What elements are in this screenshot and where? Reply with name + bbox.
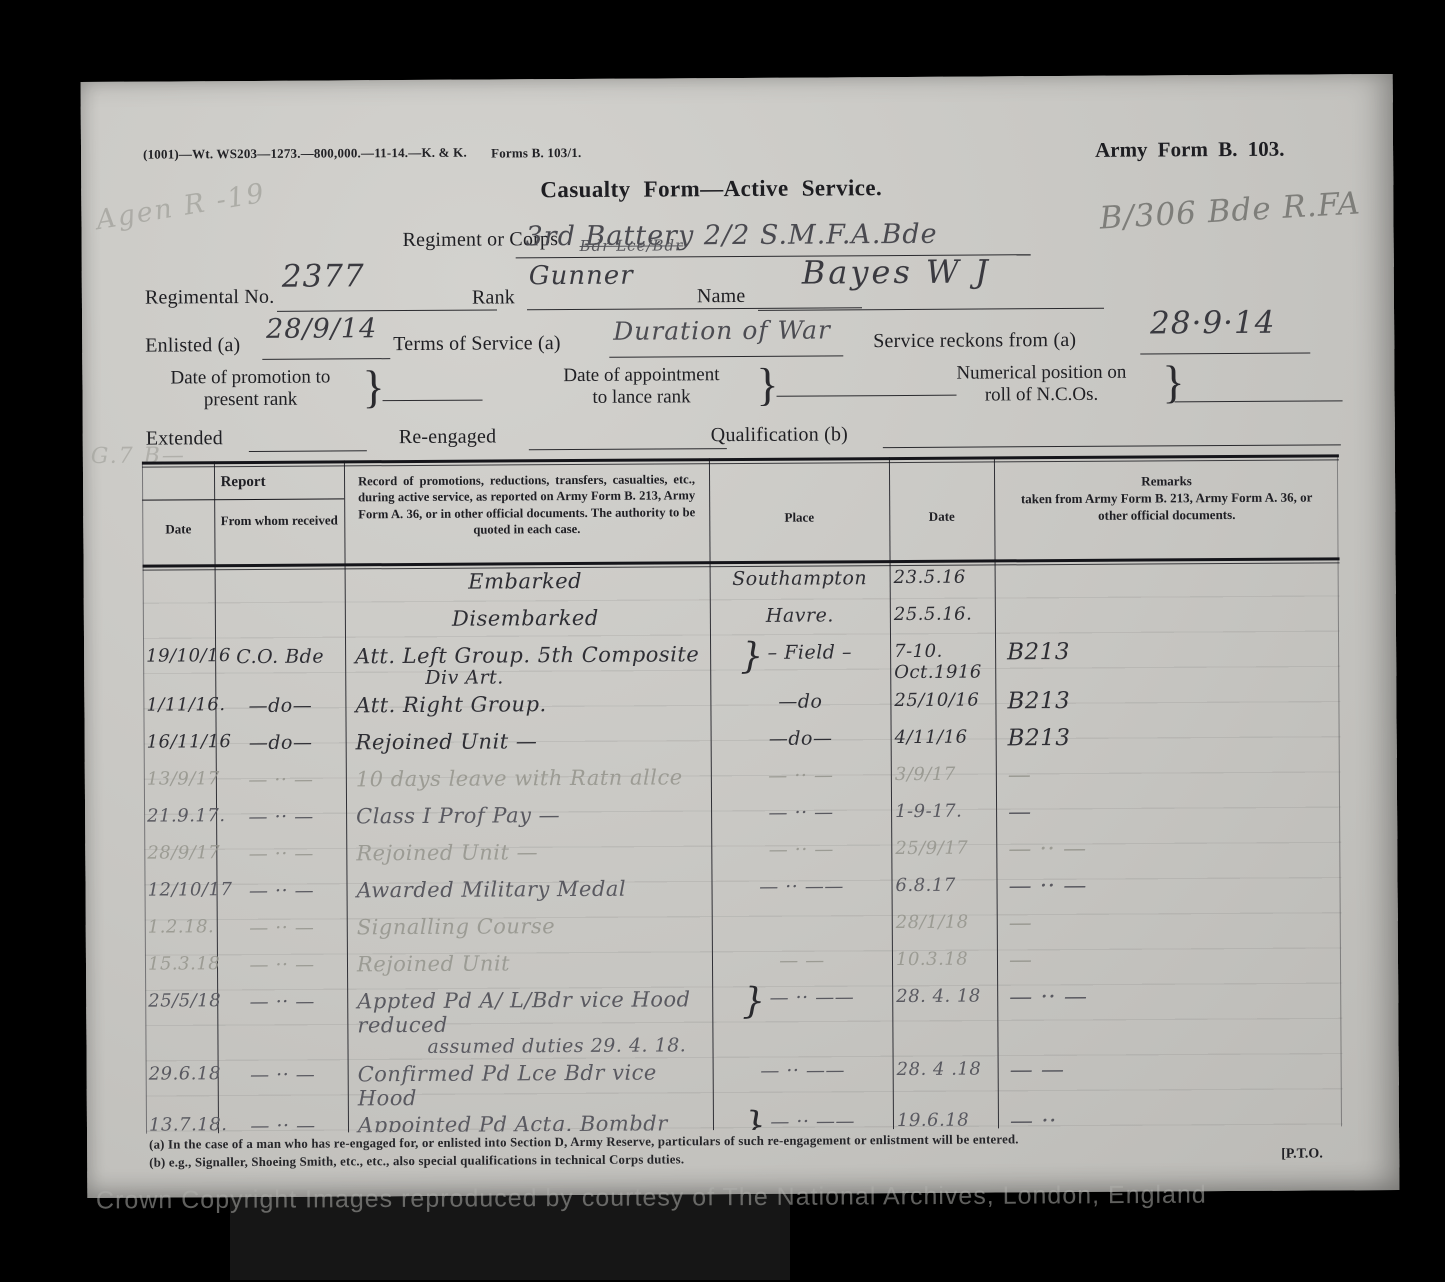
cell-place: — ·· —: [711, 763, 891, 788]
numerical-position-label: Numerical position on roll of N.C.Os.: [922, 361, 1160, 407]
reckons-value: 28·9·14: [1150, 305, 1276, 342]
cell-date: 25.5.16.: [890, 602, 995, 625]
cell-report-date: [143, 607, 215, 609]
cell-record: Rejoined Unit: [347, 949, 712, 976]
table-body: EmbarkedSouthampton23.5.16DisembarkedHav…: [143, 561, 1343, 1133]
cell-remarks: — ··: [998, 1107, 1343, 1134]
cell-record: Rejoined Unit —: [346, 838, 711, 865]
cell-place-text: — ·· ——: [770, 987, 855, 1009]
cell-place-text: — ·· ——: [760, 1060, 845, 1082]
cell-place: — —: [712, 948, 892, 973]
archive-watermark: Crown Copyright Images reproduced by cou…: [96, 1180, 1416, 1216]
appointment-label: Date of appointment to lance rank: [528, 364, 754, 410]
table-header: Report Date From whom received Record of…: [142, 458, 1340, 568]
table-row: 29.6.18— ·· —Confirmed Pd Lce Bdr vice H…: [146, 1053, 1343, 1112]
cell-place: — ·· —: [711, 837, 891, 862]
cell-date: 10.3.18: [892, 947, 997, 970]
enlisted-label: Enlisted (a): [145, 334, 240, 358]
cell-record-line2: assumed duties 29. 4. 18.: [427, 1035, 708, 1059]
cell-place: }– Field –: [710, 640, 890, 675]
table-row: 28/9/17— ·· —Rejoined Unit —— ·· —25/9/1…: [144, 832, 1341, 876]
cell-date: 28. 4 .18: [893, 1058, 998, 1081]
table-row: 19/10/16C.O. BdeAtt. Left Group. 5th Com…: [143, 635, 1340, 691]
cell-date: 28/1/18: [892, 910, 997, 933]
form-paper: (1001)—Wt. WS203—1273.—800,000.—11-14.—K…: [81, 74, 1400, 1198]
header-date: Date: [889, 508, 994, 526]
cell-place-text: Southampton: [732, 568, 867, 591]
reg-no-value: 2377: [282, 258, 365, 295]
table-row: 25/5/18— ·· —Appted Pd A/ L/Bdr vice Hoo…: [145, 980, 1342, 1060]
header-from-whom: From whom received: [214, 512, 344, 530]
cell-place: }— ·· ——: [713, 1109, 893, 1133]
cell-record: Confirmed Pd Lce Bdr vice Hood: [348, 1059, 713, 1111]
cell-remarks: —: [997, 908, 1342, 937]
cell-report-date: 25/5/18: [145, 989, 217, 1012]
handwritten-unit-top-right: B/306 Bde R.FA: [1099, 185, 1362, 236]
cell-from-whom: —do—: [215, 692, 345, 718]
cell-date: 7-10. Oct.1916: [890, 639, 995, 683]
cell-remarks: [995, 563, 1340, 565]
cell-report-date: [143, 570, 215, 572]
header-remarks: Remarks taken from Army Form B. 213, Arm…: [994, 472, 1339, 525]
cell-date: 3/9/17: [891, 762, 996, 785]
rank-amendment: Bdr Lce/Bdr: [580, 236, 684, 255]
cell-report-date: 29.6.18: [146, 1062, 218, 1085]
brace-mark: }: [1162, 359, 1184, 405]
cell-remarks: —: [996, 797, 1341, 826]
cell-date: 6.8.17: [891, 873, 996, 896]
cell-place-text: — ·· —: [768, 802, 833, 824]
scanned-page: { "form": { "print_ref": "(1001)\u2014Wt…: [0, 0, 1445, 1282]
brace-mark: }: [756, 362, 778, 408]
terms-label: Terms of Service (a): [393, 332, 561, 356]
cell-from-whom: C.O. Bde: [215, 643, 345, 669]
cell-record: Signalling Course: [347, 912, 712, 939]
cell-record: Appointed Pd Actg. Bombdr viceFaulkener …: [348, 1111, 713, 1134]
cell-remarks: B213: [995, 686, 1340, 715]
cell-place-text: – Field –: [768, 642, 852, 664]
pencil-annotation-top-left: Agen R -19: [94, 178, 268, 236]
cell-report-date: 1/11/16.: [143, 693, 215, 716]
print-reference: (1001)—Wt. WS203—1273.—800,000.—11-14.—K…: [143, 145, 467, 163]
cell-date: 1-9-17.: [891, 799, 996, 822]
cell-from-whom: —do—: [216, 729, 346, 755]
table-row: 13/9/17— ·· —10 days leave with Ratn all…: [144, 758, 1341, 802]
reg-no-label: Regimental No.: [145, 286, 275, 310]
form-title: Casualty Form—Active Service.: [411, 174, 1011, 204]
header-report: Report: [142, 472, 344, 493]
cell-report-date: 12/10/17: [144, 878, 216, 901]
cell-from-whom: — ·· —: [218, 1113, 348, 1134]
cell-place: —do—: [711, 726, 891, 751]
cell-place-text: — ·· ——: [770, 1112, 855, 1134]
cell-place: }— ·· ——: [712, 985, 892, 1020]
cell-remarks: — ·· —: [996, 871, 1341, 900]
cell-place: — ·· ——: [713, 1058, 893, 1083]
cell-record-line2: Div Art.: [425, 666, 706, 690]
cell-record: Class I Prof Pay —: [346, 801, 711, 828]
terms-value: Duration of War: [613, 315, 831, 345]
cell-report-date: 19/10/16: [143, 644, 215, 667]
cell-record: Awarded Military Medal: [346, 875, 711, 902]
pto-mark: [P.T.O.: [1281, 1146, 1323, 1162]
army-form-number: Army Form B. 103.: [1095, 137, 1285, 163]
cell-report-date: 13.7.18.: [146, 1114, 218, 1134]
cell-from-whom: — ·· —: [216, 766, 346, 792]
cell-place: [712, 911, 892, 914]
table-row: 15.3.18— ·· —Rejoined Unit— —10.3.18—: [145, 943, 1342, 987]
rank-value: Gunner: [529, 261, 634, 292]
cell-record: Disembarked: [345, 604, 710, 631]
forms-reference: Forms B. 103/1.: [491, 145, 581, 162]
cell-from-whom: — ·· —: [217, 988, 347, 1014]
cell-place-text: — ·· —: [768, 765, 833, 787]
footnote-b: (b) e.g., Signaller, Shoeing Smith, etc.…: [149, 1152, 684, 1170]
cell-from-whom: — ·· —: [218, 1062, 348, 1088]
brace-mark: }: [742, 984, 766, 1020]
cell-date: 25/10/16: [890, 688, 995, 711]
cell-remarks: — ·· —: [997, 982, 1342, 1011]
brace-mark: }: [740, 639, 764, 675]
name-value: Bayes W J: [802, 252, 991, 291]
cell-place: — ·· —: [711, 800, 891, 825]
cell-record: 10 days leave with Ratn allce: [346, 764, 711, 791]
service-record-table: Report Date From whom received Record of…: [142, 454, 1343, 1133]
cell-from-whom: — ·· —: [216, 877, 346, 903]
cell-remarks: B213: [996, 723, 1341, 752]
header-report-date: Date: [142, 521, 214, 538]
cell-place-text: — —: [779, 950, 825, 972]
cell-date: 19.6.18: [893, 1109, 998, 1132]
cell-report-date: 28/9/17: [144, 841, 216, 864]
enlisted-value: 28/9/14: [266, 313, 377, 345]
cell-record: Rejoined Unit —: [346, 727, 711, 754]
cell-remarks: —: [996, 760, 1341, 789]
cell-date: 28. 4. 18: [892, 984, 997, 1007]
cell-remarks: B213: [995, 637, 1340, 666]
cell-place: — ·· ——: [711, 874, 891, 899]
rank-label: Rank: [472, 286, 515, 309]
cell-date: 23.5.16: [890, 565, 995, 588]
brace-mark: }: [362, 364, 384, 410]
cell-date: 25/9/17: [891, 836, 996, 859]
cell-from-whom: — ·· —: [217, 914, 347, 940]
footnote-a: (a) In the case of a man who has re-enga…: [149, 1132, 1019, 1152]
promotion-label: Date of promotion to present rank: [142, 366, 358, 412]
reengaged-label: Re-engaged: [399, 425, 497, 449]
cell-record: Appted Pd A/ L/Bdr vice Hood reducedassu…: [347, 986, 712, 1059]
cell-date: 4/11/16: [891, 725, 996, 748]
cell-record: Att. Left Group. 5th CompositeDiv Art.: [345, 641, 710, 690]
cell-place-text: — ·· ——: [759, 876, 844, 898]
cell-from-whom: — ·· —: [216, 840, 346, 866]
cell-place-text: —do: [778, 691, 822, 713]
cell-remarks: — ·· —: [996, 834, 1341, 863]
reckons-label: Service reckons from (a): [873, 329, 1076, 353]
cell-place-text: — ·· —: [769, 839, 834, 861]
brace-mark: }: [743, 1108, 767, 1133]
cell-place: Southampton: [710, 566, 890, 591]
header-record: Record of promotions, reductions, transf…: [344, 471, 709, 539]
cell-from-whom: [215, 606, 345, 610]
cell-record: Embarked: [345, 567, 710, 594]
cell-record: Att. Right Group.: [345, 690, 710, 717]
cell-remarks: — —: [998, 1055, 1343, 1084]
cell-place-text: —do—: [769, 728, 833, 750]
cell-remarks: —: [997, 945, 1342, 974]
cell-report-date: 1.2.18.: [145, 915, 217, 938]
cell-report-date: 21.9.17.: [144, 804, 216, 827]
cell-report-date: 15.3.18: [145, 952, 217, 975]
cell-place-text: Havre.: [766, 605, 834, 627]
cell-remarks: [995, 600, 1340, 602]
cell-from-whom: — ·· —: [216, 803, 346, 829]
qualification-label: Qualification (b): [711, 423, 848, 447]
cell-from-whom: — ·· —: [217, 951, 347, 977]
name-label: Name: [697, 285, 746, 308]
cell-place: Havre.: [710, 603, 890, 628]
cell-place: —do: [710, 689, 890, 714]
cell-report-date: 13/9/17: [144, 767, 216, 790]
cell-report-date: 16/11/16: [144, 730, 216, 753]
cell-from-whom: [215, 569, 345, 573]
header-place: Place: [709, 509, 889, 527]
